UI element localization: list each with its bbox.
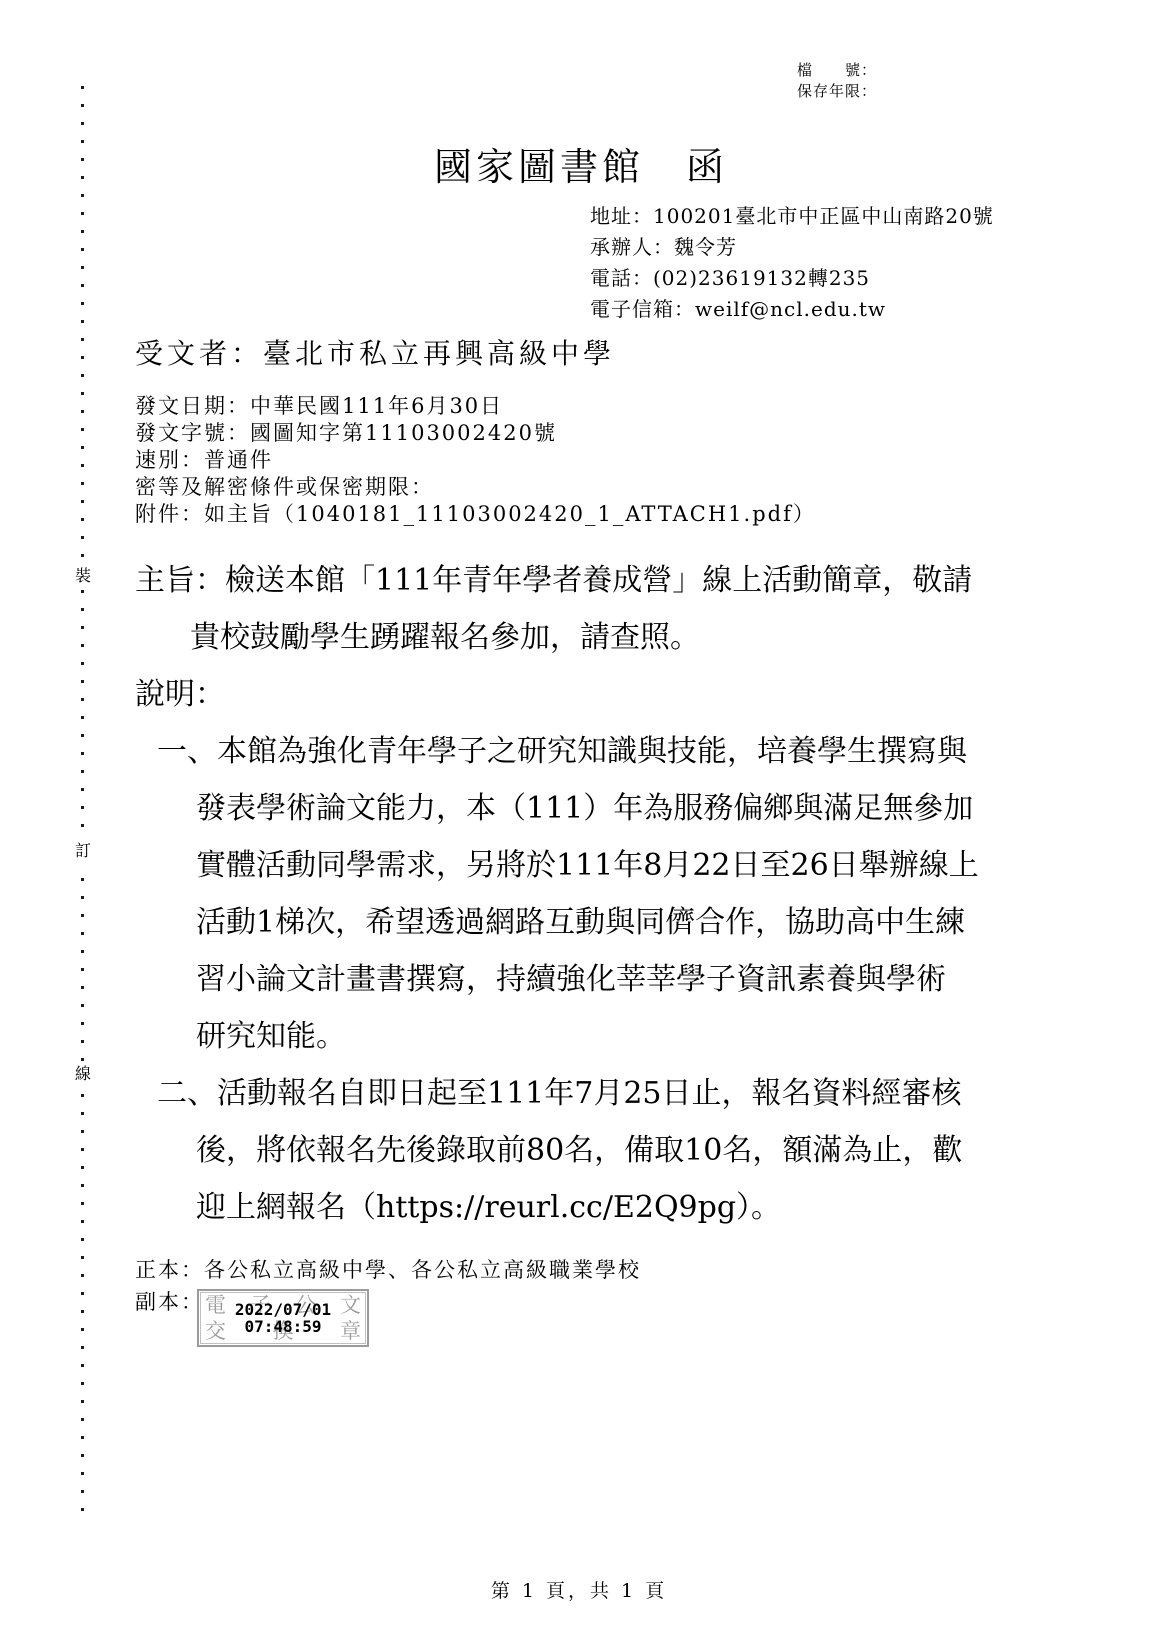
sender-email: 電子信箱：weilf@ncl.edu.tw	[590, 294, 994, 325]
e-document-exchange-stamp: 電 子 公 文 交 換 章 2022/07/01 07:48:59	[197, 1289, 369, 1347]
explanation-item1-line: 活動1梯次，希望透過網路互動與同儕合作，協助高中生練	[0, 894, 1158, 951]
sender-info-block: 地址：100201臺北市中正區中山南路20號 承辦人：魏令芳 電話：(02)23…	[590, 201, 994, 325]
explanation-item2-line: 二、活動報名自即日起至111年7月25日止，報名資料經審核	[0, 1065, 1158, 1122]
document-meta-block: 發文日期：中華民國111年6月30日 發文字號：國圖知字第11103002420…	[135, 393, 816, 528]
document-title: 國家圖書館 函	[434, 136, 728, 191]
priority-line: 速別：普通件	[135, 447, 816, 474]
explanation-item2-line-with-url: 迎上網報名（https://reurl.cc/E2Q9pg）。	[0, 1179, 1158, 1236]
explanation-heading: 說明：	[0, 666, 1158, 723]
attachment-line: 附件：如主旨（1040181_11103002420_1_ATTACH1.pdf…	[135, 501, 816, 528]
explanation-item1-line: 習小論文計畫書撰寫，持續強化莘莘學子資訊素養與學術	[0, 951, 1158, 1008]
file-number-label: 檔 號：	[797, 60, 877, 81]
explanation-item1-line: 研究知能。	[0, 1008, 1158, 1065]
original-recipients-line: 正本：各公私立高級中學、各公私立高級職業學校	[135, 1254, 641, 1286]
explanation-item1-line: 一、本館為強化青年學子之研究知識與技能，培養學生撰寫與	[0, 723, 1158, 780]
recipient-line: 受文者：臺北市私立再興高級中學	[135, 332, 615, 372]
subject-line: 主旨：檢送本館「111年青年學者養成營」線上活動簡章，敬請	[0, 552, 1158, 609]
document-body: 主旨：檢送本館「111年青年學者養成營」線上活動簡章，敬請 貴校鼓勵學生踴躍報名…	[0, 552, 1158, 1236]
stamp-date: 2022/07/01	[235, 1301, 331, 1318]
issue-date-line: 發文日期：中華民國111年6月30日	[135, 393, 816, 420]
file-number-block: 檔 號： 保存年限：	[797, 60, 877, 102]
official-letter-page: 裝 訂 線 檔 號： 保存年限： 國家圖書館 函 地址：100201臺北市中正區…	[0, 0, 1158, 1649]
explanation-item1-line: 實體活動同學需求，另將於111年8月22日至26日舉辦線上	[0, 837, 1158, 894]
sender-phone: 電話：(02)23619132轉235	[590, 263, 994, 294]
subject-line-continued: 貴校鼓勵學生踴躍報名參加，請查照。	[0, 609, 1158, 666]
explanation-item2-line: 後，將依報名先後錄取前80名，備取10名，額滿為止，歡	[0, 1122, 1158, 1179]
page-number-footer: 第 1 頁，共 1 頁	[0, 1576, 1158, 1603]
sender-address: 地址：100201臺北市中正區中山南路20號	[590, 201, 994, 232]
stamp-datetime: 2022/07/01 07:48:59	[199, 1291, 367, 1345]
security-class-line: 密等及解密條件或保密期限：	[135, 474, 816, 501]
retention-period-label: 保存年限：	[797, 81, 877, 102]
explanation-item1-line: 發表學術論文能力，本（111）年為服務偏鄉與滿足無參加	[0, 780, 1158, 837]
stamp-time: 07:48:59	[244, 1318, 321, 1335]
doc-number-line: 發文字號：國圖知字第11103002420號	[135, 420, 816, 447]
sender-contact-person: 承辦人：魏令芳	[590, 232, 994, 263]
